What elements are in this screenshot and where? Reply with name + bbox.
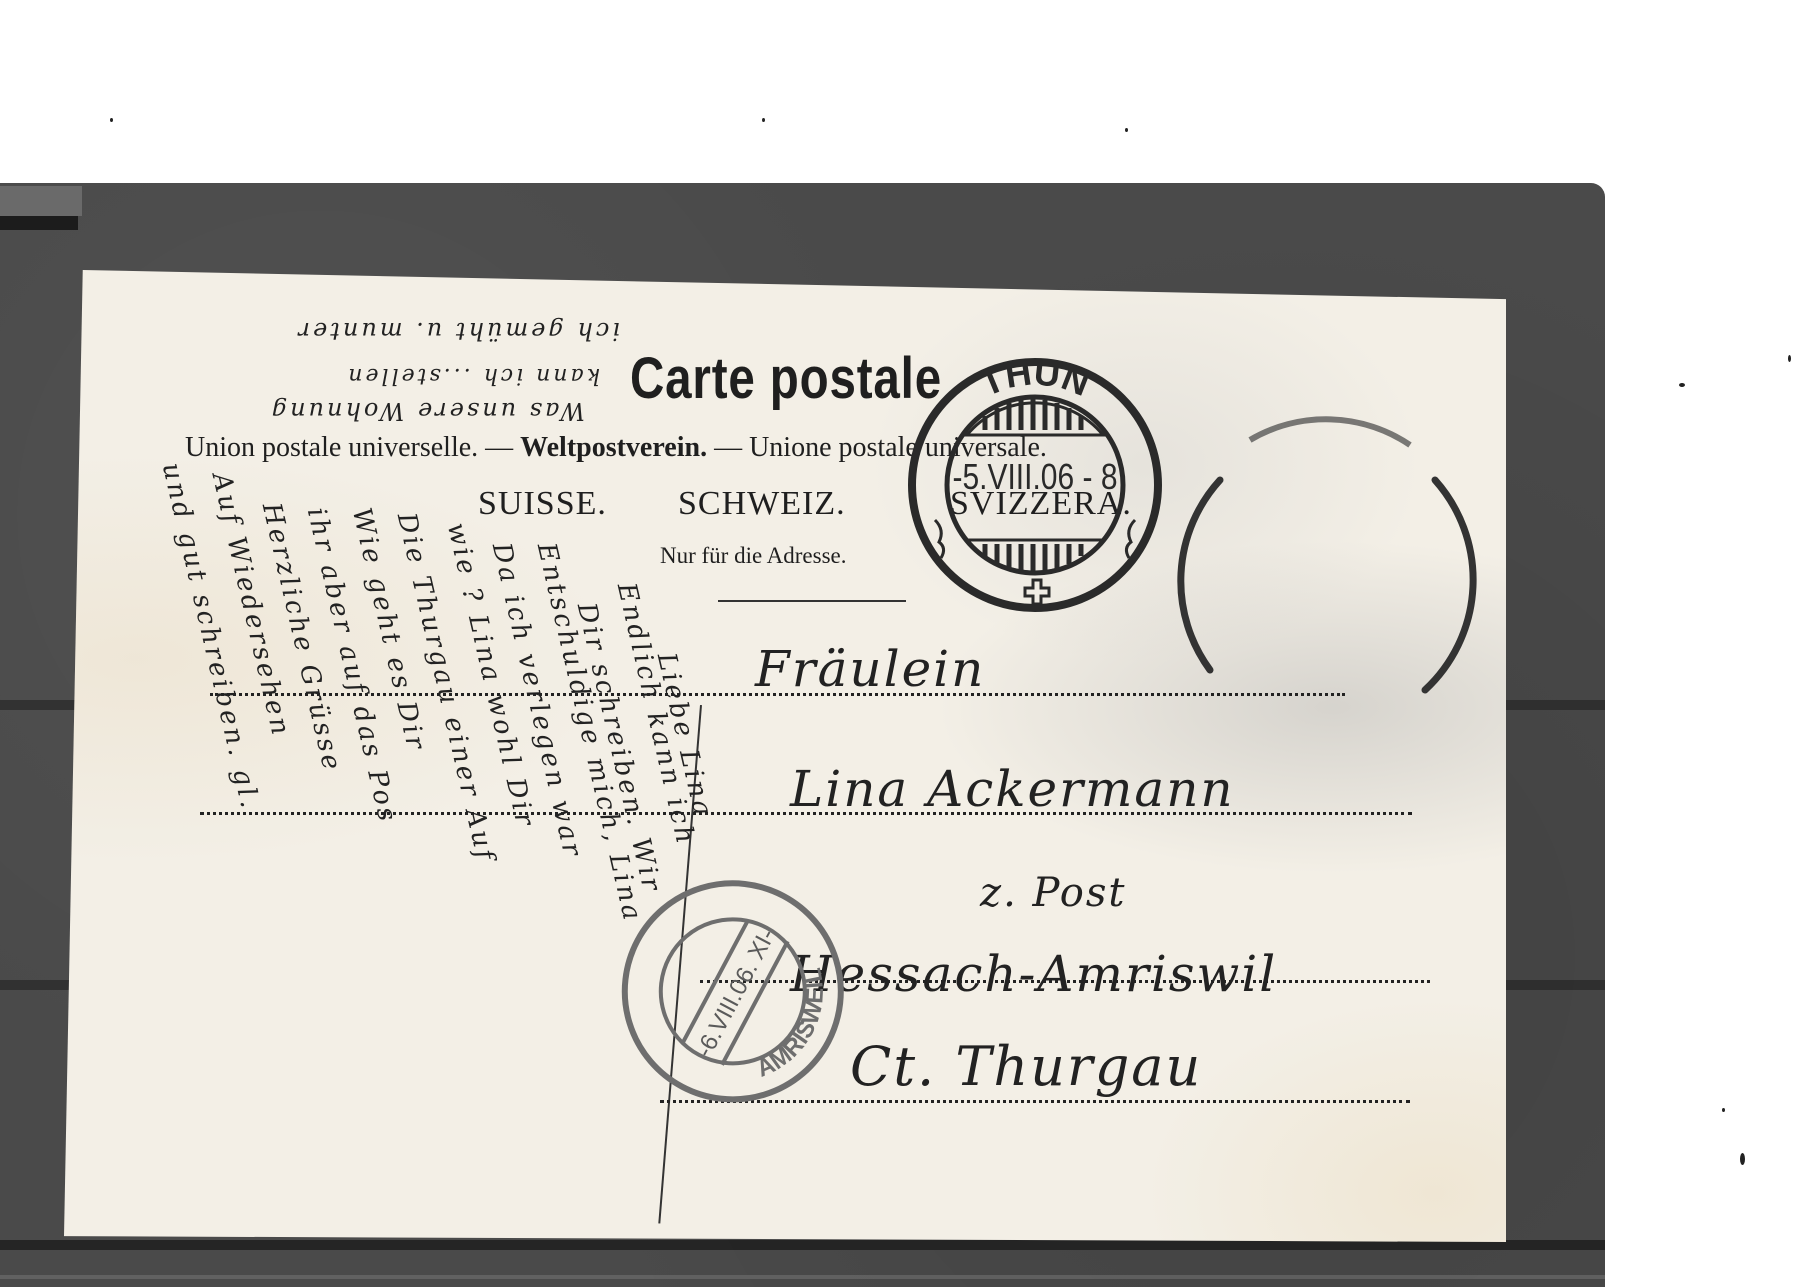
address-line-1: Fräulein	[755, 640, 985, 698]
short-rule	[718, 600, 906, 602]
address-only-note: Nur für die Adresse.	[660, 543, 847, 569]
postmark-thun-date: -5.VIII.06 - 8	[952, 458, 1117, 498]
circle-cancel-icon	[1180, 440, 1480, 720]
scan-speck	[1125, 128, 1128, 132]
upu-dash: —	[714, 432, 742, 463]
album-rail-highlight	[0, 1275, 1605, 1279]
album-tab-shadow	[0, 216, 78, 230]
scan-speck	[1788, 355, 1791, 362]
upu-dash: —	[485, 432, 513, 463]
postcard-title: Carte postale	[630, 345, 942, 412]
swiss-cross-icon	[1025, 580, 1049, 604]
upu-french: Union postale universelle.	[185, 432, 478, 463]
country-suisse: SUISSE.	[478, 485, 607, 523]
postmark-thun-icon: -5.VIII.06 - 8 THUN	[905, 350, 1165, 620]
scan-speck	[110, 118, 113, 122]
country-schweiz: SCHWEIZ.	[678, 485, 846, 523]
message-top-inverted-1: ich gemüht u. munter	[296, 317, 620, 345]
removed-stamp-cancel	[1180, 440, 1480, 725]
message-top-inverted-2: Was unsere Wohnung	[269, 397, 585, 425]
address-line-2: Lina Ackermann	[790, 760, 1235, 818]
scan-speck	[1722, 1108, 1725, 1112]
address-line-3: z. Post	[980, 870, 1126, 916]
scan-speck	[1679, 383, 1685, 387]
scan-speck	[762, 118, 765, 122]
upu-german: Weltpostverein.	[520, 432, 707, 463]
album-tab	[0, 186, 82, 216]
scan-speck	[1740, 1153, 1745, 1165]
postmark-thun: -5.VIII.06 - 8 THUN	[905, 350, 1165, 625]
album-rail	[0, 1240, 1605, 1250]
message-top-inverted-3: kann ich ...stellen	[345, 363, 600, 388]
address-line-5: Ct. Thurgau	[850, 1035, 1202, 1098]
